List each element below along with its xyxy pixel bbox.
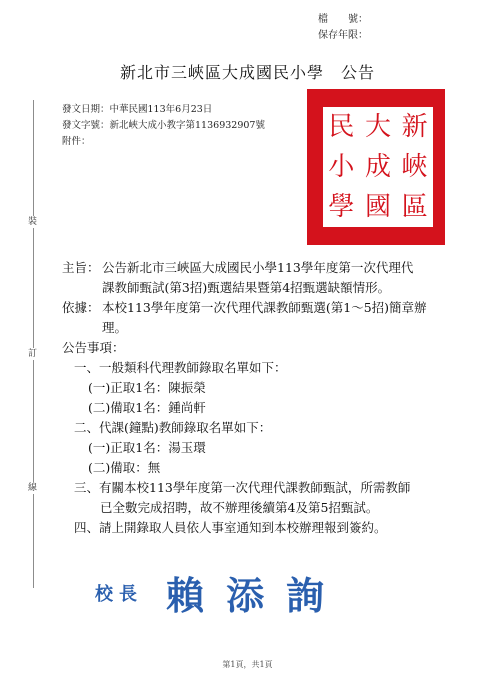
seal-char: 大 — [360, 107, 397, 147]
signature-name: 賴添詢 — [166, 573, 346, 618]
item-2-sub-2: (二)備取：無 — [62, 458, 410, 478]
document-number-value: 新北峽大成小教字第1136932907號 — [110, 120, 265, 131]
document-number: 發文字號：新北峽大成小教字第1136932907號 — [62, 118, 265, 134]
issue-date-value: 中華民國113年6月23日 — [110, 104, 213, 115]
subject-line-2: 課教師甄試(第3招)甄選結果暨第4招甄選缺額情形。 — [102, 280, 390, 295]
signature-title: 校長 — [95, 584, 143, 605]
announcement-items: 公告事項： 一、一般類科代理教師錄取名單如下： (一)正取1名：陳振榮 (二)備… — [62, 338, 410, 538]
retention-period-label: 保存年限： — [318, 28, 368, 44]
binding-mark-ding: 訂 — [28, 348, 37, 360]
seal-char: 峽 — [396, 147, 433, 187]
subject-label: 主旨： — [62, 258, 102, 278]
items-heading: 公告事項： — [62, 338, 410, 358]
basis-label: 依據： — [62, 298, 102, 318]
item-1: 一、一般類科代理教師錄取名單如下： — [62, 358, 410, 378]
official-seal-stamp: 民 大 新 小 成 峽 學 國 區 — [307, 89, 445, 245]
item-3-line-1: 三、有關本校113學年度第一次代理代課教師甄試，所需教師 — [62, 478, 410, 498]
seal-char: 新 — [396, 107, 433, 147]
seal-char: 學 — [323, 187, 360, 227]
binding-mark-xian: 線 — [28, 482, 37, 494]
basis-line-2: 理。 — [102, 320, 127, 335]
item-2: 二、代課(鐘點)教師錄取名單如下： — [62, 418, 410, 438]
document-title: 新北市三峽區大成國民小學 公告 — [0, 60, 495, 83]
binding-line — [33, 100, 34, 588]
attachment: 附件： — [62, 134, 265, 150]
item-4: 四、請上開錄取人員依人事室通知到本校辦理報到簽約。 — [62, 518, 410, 538]
seal-char: 小 — [323, 147, 360, 187]
basis-line-1: 本校113學年度第一次代理代課教師甄選(第1～5招)簡章辦 — [102, 300, 427, 315]
subject-section: 主旨：公告新北市三峽區大成國民小學113學年度第一次代理代 課教師甄試(第3招)… — [62, 258, 413, 298]
binding-mark-zhuang: 裝 — [28, 216, 37, 228]
document-number-label: 發文字號： — [62, 120, 110, 131]
issue-date-label: 發文日期： — [62, 104, 110, 115]
item-1-sub-1: (一)正取1名：陳振榮 — [62, 378, 410, 398]
archive-info: 檔 號： 保存年限： — [318, 12, 368, 44]
item-1-sub-2: (二)備取1名：鍾尚軒 — [62, 398, 410, 418]
seal-char: 民 — [323, 107, 360, 147]
document-meta: 發文日期：中華民國113年6月23日 發文字號：新北峽大成小教字第1136932… — [62, 102, 265, 150]
principal-signature: 校長 賴添詢 — [95, 565, 346, 620]
seal-char: 國 — [360, 187, 397, 227]
seal-inner: 民 大 新 小 成 峽 學 國 區 — [321, 105, 435, 229]
page-number: 第1頁，共1頁 — [0, 659, 495, 670]
subject-line-1: 公告新北市三峽區大成國民小學113學年度第一次代理代 — [102, 260, 413, 275]
issue-date: 發文日期：中華民國113年6月23日 — [62, 102, 265, 118]
item-2-sub-1: (一)正取1名：湯玉環 — [62, 438, 410, 458]
attachment-label: 附件： — [62, 136, 91, 147]
item-3-line-2: 已全數完成招聘，故不辦理後續第4及第5招甄試。 — [62, 498, 410, 518]
seal-char: 區 — [396, 187, 433, 227]
seal-char: 成 — [360, 147, 397, 187]
basis-section: 依據：本校113學年度第一次代理代課教師甄選(第1～5招)簡章辦 理。 — [62, 298, 427, 338]
file-number-label: 檔 號： — [318, 12, 368, 28]
